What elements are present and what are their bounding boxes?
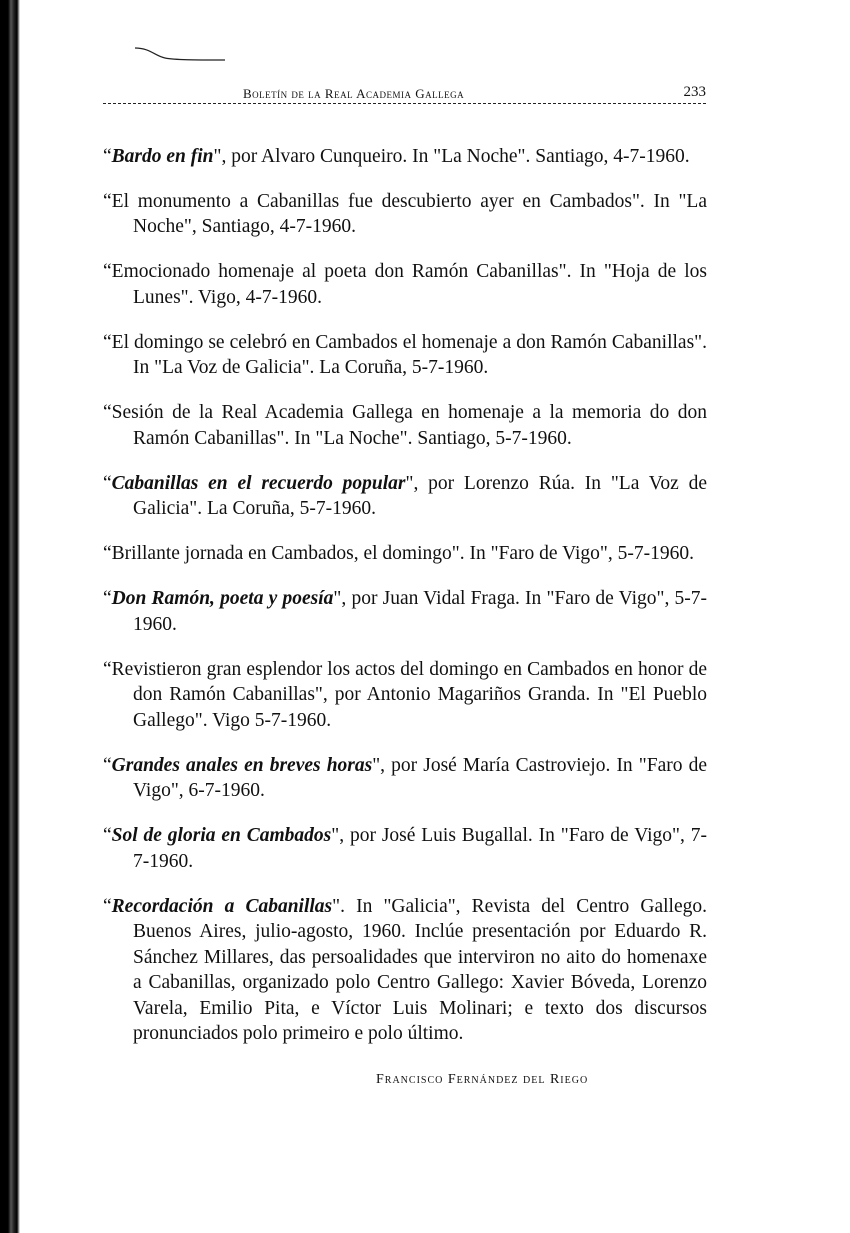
- entry-title: Recordación a Cabanillas: [112, 896, 333, 917]
- entry-details: ", por Alvaro Cunqueiro. In "La Noche". …: [214, 146, 690, 167]
- entry-details: ". In "Galicia", Revista del Centro Gall…: [133, 896, 707, 1045]
- entry-title: Emocionado homenaje al poeta don Ramón C…: [112, 261, 559, 282]
- entry-title: El domingo se celebró en Cambados el hom…: [112, 332, 695, 353]
- entry-title: Brillante jornada en Cambados, el doming…: [112, 543, 452, 564]
- entry-title: Sol de gloria en Cambados: [112, 825, 332, 846]
- author-signature: Francisco Fernández del Riego: [376, 1072, 588, 1088]
- header-rule: [103, 103, 706, 104]
- entry-title: El monumento a Cabanillas fue descubiert…: [112, 191, 632, 212]
- entry-title: Bardo en fin: [112, 146, 214, 167]
- bibliography-entry: “Revistieron gran esplendor los actos de…: [103, 657, 707, 734]
- bibliography-entry: “Cabanillas en el recuerdo popular", por…: [103, 471, 707, 522]
- page-number: 233: [684, 84, 707, 101]
- entry-details: ". In "La Noche". Santiago, 5-7-1960.: [277, 428, 572, 449]
- journal-title: Boletín de la Real Academia Gallega: [243, 86, 464, 102]
- entry-title: Grandes anales en breves horas: [112, 755, 373, 776]
- bibliography-entry: “Grandes anales en breves horas", por Jo…: [103, 753, 707, 804]
- entry-title: Don Ramón, poeta y poesía: [112, 588, 334, 609]
- bibliography-entry: “Don Ramón, poeta y poesía", por Juan Vi…: [103, 586, 707, 637]
- running-header: Boletín de la Real Academia Gallega 233: [103, 80, 706, 106]
- bibliography-entry: “El monumento a Cabanillas fue descubier…: [103, 189, 707, 240]
- entry-title: Cabanillas en el recuerdo popular: [112, 473, 406, 494]
- entry-details: ". In "Faro de Vigo", 5-7-1960.: [452, 543, 694, 564]
- bibliography-entry: “Recordación a Cabanillas". In "Galicia"…: [103, 894, 707, 1047]
- bibliography-list: “Bardo en fin", por Alvaro Cunqueiro. In…: [103, 124, 707, 1055]
- page-binding-shadow: [0, 0, 20, 1233]
- bibliography-entry: “Sol de gloria en Cambados", por José Lu…: [103, 823, 707, 874]
- bibliography-entry: “Sesión de la Real Academia Gallega en h…: [103, 400, 707, 451]
- bibliography-entry: “Brillante jornada en Cambados, el domin…: [103, 541, 707, 567]
- pencil-mark: [135, 46, 225, 66]
- bibliography-entry: “Bardo en fin", por Alvaro Cunqueiro. In…: [103, 144, 707, 170]
- bibliography-entry: “El domingo se celebró en Cambados el ho…: [103, 330, 707, 381]
- bibliography-entry: “Emocionado homenaje al poeta don Ramón …: [103, 259, 707, 310]
